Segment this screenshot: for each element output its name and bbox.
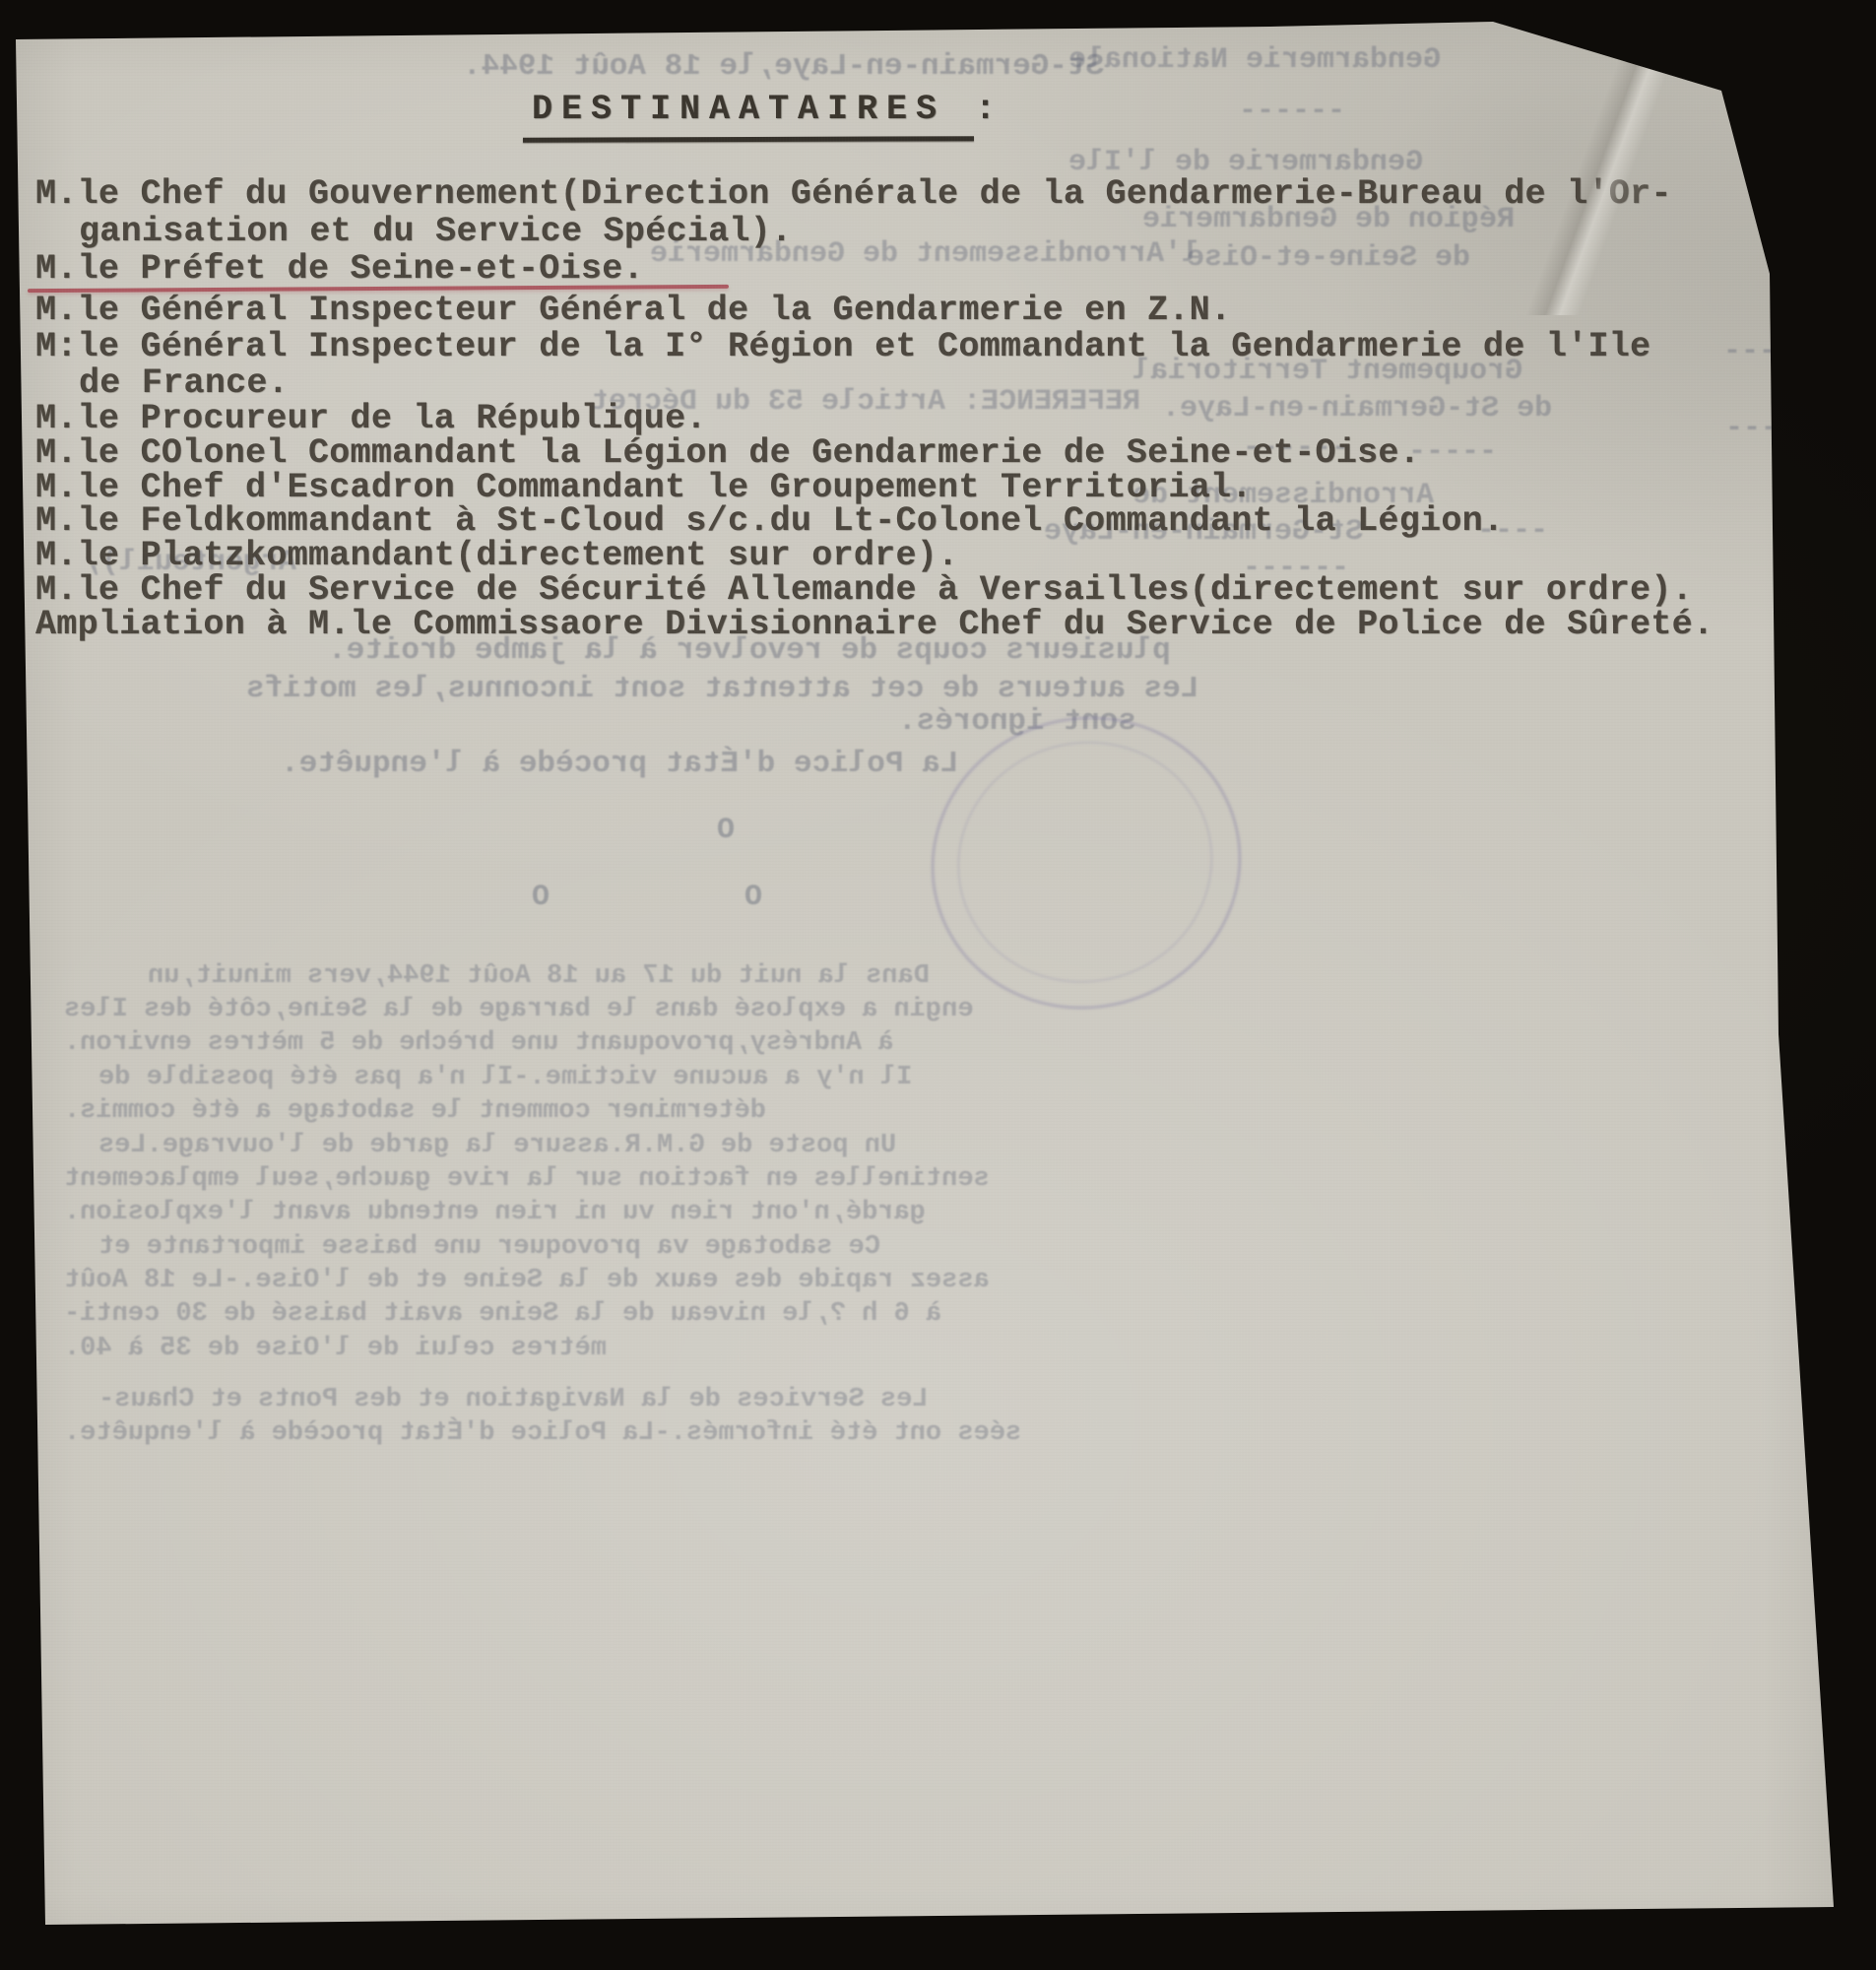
recipient-line: ganisation et du Service Spécial). (79, 215, 792, 249)
bleedthrough-paragraph-line: à 6 h ?,le niveau de la Seine avait bais… (64, 1301, 941, 1328)
ink-stamp-inner-ring (932, 714, 1238, 1010)
bleedthrough-paragraph-line: Les Services de la Navigation et des Pon… (98, 1387, 929, 1413)
bleedthrough-separator: O (744, 883, 762, 912)
bleedthrough-paragraph-line: sées ont été informés.-La Police d'État … (64, 1420, 1021, 1447)
bleedthrough-paragraph-line: assez rapide des eaux de la Seine et de … (64, 1268, 990, 1294)
bleedthrough-paragraph-line: Un poste de G.M.R.assure la garde de l'o… (98, 1133, 896, 1159)
recipient-line: Ampliation à M.le Commissaore Divisionna… (35, 608, 1714, 642)
bleedthrough-separator: O (532, 883, 550, 912)
heading-underline (523, 136, 974, 143)
recipient-line: M.le Chef du Service de Sécurité Alleman… (35, 573, 1693, 608)
recipient-line: M:le Général Inspecteur de la I° Région … (35, 330, 1650, 364)
document-heading: DESTINAATAIRES : (532, 93, 1004, 127)
bleedthrough-paragraph-line: mètres celui de l'Oise de 35 à 40. (64, 1336, 607, 1362)
bleedthrough-line: Gendarmerie de l'Ile (1068, 148, 1423, 177)
bleedthrough-paragraph-line: engin a explosé dans le barrage de la Se… (64, 997, 974, 1023)
bleedthrough-line: ------ (1239, 97, 1345, 126)
bleedthrough-paragraph-line: gardé,n'ont rien vu ni rien entendu avan… (64, 1200, 926, 1226)
bleedthrough-line: ----- (1408, 437, 1497, 467)
recipient-line: M.le Procureur de la République. (35, 402, 707, 436)
bleedthrough-paragraph-line: Dans la nuit du 17 au 18 Août 1944,vers … (148, 963, 930, 990)
bleedthrough-separator: O (717, 816, 735, 845)
bleedthrough-line: de Seine-et-Oise (1187, 243, 1470, 273)
bleedthrough-paragraph-line: Ce sabotage va provoquer une baisse impo… (98, 1234, 880, 1261)
bleedthrough-line: Gendarmerie Nationale (1068, 45, 1441, 75)
recipient-line: M.le Général Inspecteur Général de la Ge… (35, 294, 1231, 328)
recipient-line: M.le Feldkommandant à St-Cloud s/c.du Lt… (35, 504, 1504, 539)
bleedthrough-paragraph-line: sentinelles en faction sur la rive gauch… (64, 1166, 990, 1193)
bleedthrough-line: ---- (1725, 414, 1796, 443)
document-page: St-Germain-en-Laye,le 18 Août 1944. Gend… (0, 0, 1876, 1970)
bleedthrough-line: Les auteurs de cet attentat sont inconnu… (246, 674, 1198, 704)
recipient-line: M.le COlonel Commandant la Légion de Gen… (35, 436, 1420, 471)
recipient-line: M.le Chef d'Escadron Commandant le Group… (35, 471, 1253, 505)
bleedthrough-line: de St-Germain-en-Laye. (1162, 394, 1552, 424)
bleedthrough-paragraph-line: à Andrésy,provoquant une brèche de 5 mèt… (64, 1030, 894, 1057)
recipient-line: M.le Platzkommandant(directement sur ord… (35, 539, 958, 573)
bleedthrough-paragraph-line: Il n'y a aucune victime.-Il n'a pas été … (98, 1065, 912, 1091)
bleedthrough-line: ---- (1723, 337, 1794, 366)
folded-corner-crease (1430, 0, 1804, 315)
recipient-line: M.le Chef du Gouvernement(Direction Géné… (35, 177, 1672, 212)
recipient-line: M.le Préfet de Seine-et-Oise. (35, 252, 644, 287)
bleedthrough-date-line: St-Germain-en-Laye,le 18 Août 1944. (463, 51, 1104, 82)
bleedthrough-line: La Police d'État procède à l'enquête. (281, 749, 958, 779)
scan-background: { "document": { "heading": "DESTINAATAIR… (0, 0, 1876, 1970)
bleedthrough-paragraph-line: déterminer comment le sabotage a été com… (64, 1098, 766, 1125)
recipient-line: de France. (79, 366, 289, 401)
